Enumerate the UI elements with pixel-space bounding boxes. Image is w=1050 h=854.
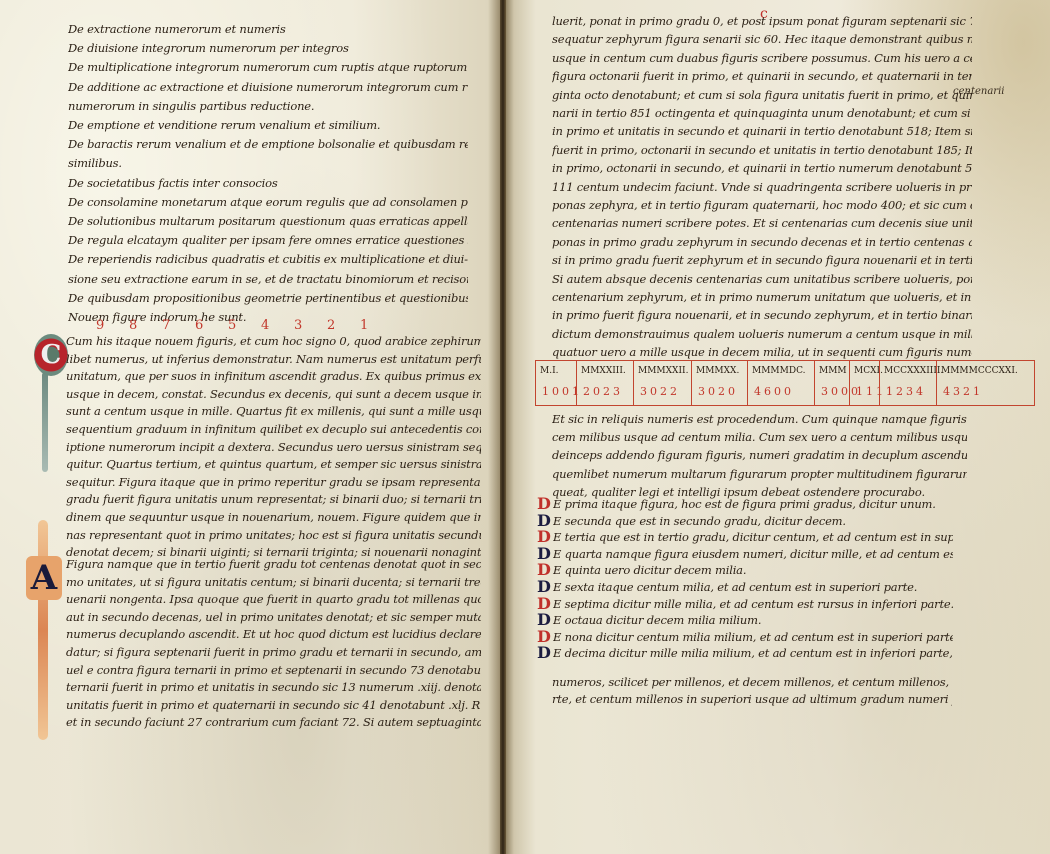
text-line: datur; si figura septenarii fuerit in pr… — [66, 645, 481, 659]
numeral: 3 — [294, 318, 327, 333]
text-line: De solutionibus multarum positarum quest… — [68, 214, 468, 228]
text-line: ginta octo denotabunt; et cum si sola fi… — [552, 88, 972, 102]
roman-numeral: MMMMCCCXXI. — [941, 366, 1018, 376]
text-line: unitatum, que per suos in infinitum asce… — [66, 369, 481, 383]
text-line: 111 centum undecim faciunt. Vnde si quad… — [552, 180, 972, 194]
text-line: nas representant quot in primo unitates;… — [66, 528, 481, 542]
text-line: Si autem absque decenis centenarias cum … — [552, 272, 972, 286]
text-line: iptione numerorum incipit a dextera. Sec… — [66, 440, 481, 454]
list-item: E sexta itaque centum milia, et ad centu… — [553, 580, 953, 594]
text-line: De consolamine monetarum atque eorum reg… — [68, 195, 468, 209]
text-line: usque in decem, constat. Secundus ex dec… — [66, 387, 481, 401]
arabic-numeral: 2023 — [583, 385, 623, 398]
roman-numeral: MMM — [819, 366, 847, 376]
text-line: in primo et unitatis in secundo et quina… — [552, 124, 972, 138]
list-item: E secunda que est in secundo gradu, dici… — [553, 514, 953, 528]
numeral: 5 — [228, 318, 261, 333]
left-page: De extractione numerorum et numerisDe di… — [0, 0, 503, 854]
roman-numeral: M.I. — [540, 366, 559, 376]
text-line: Cum his itaque nouem figuris, et cum hoc… — [66, 334, 481, 348]
table-cell: MCCXXXIIII.1234 — [879, 361, 936, 405]
roman-numeral: MMMXX. — [696, 366, 739, 376]
text-line: cem milibus usque ad centum milia. Cum s… — [552, 430, 967, 444]
table-cell: M.I.1001 — [536, 361, 576, 405]
text-line: quitur. Quartus tertium, et quintus quar… — [66, 457, 481, 471]
roman-numeral: MMXXIII. — [581, 366, 626, 376]
text-line: figura octonarii fuerit in primo, et qui… — [552, 69, 972, 83]
text-line: usque in centum cum duabus figuris scrib… — [552, 51, 972, 65]
text-line: libet numerus, ut inferius demonstratur.… — [66, 352, 481, 366]
text-line: mo unitates, ut si figura unitatis centu… — [66, 575, 481, 589]
text-line: Et sic in reliquis numeris est procedend… — [552, 412, 967, 426]
text-line: De extractione numerorum et numeris — [68, 22, 468, 36]
text-line: similibus. — [68, 156, 468, 170]
text-line: Figura namque que in tertio fuerit gradu… — [66, 557, 481, 571]
text-line: uenarii nongenta. Ipsa quoque que fuerit… — [66, 592, 481, 606]
text-line: numerus decuplando ascendit. Et ut hoc q… — [66, 627, 481, 641]
text-line: De multiplicatione integrorum numerorum … — [68, 60, 468, 74]
table-cell: MMXXIII.2023 — [576, 361, 633, 405]
text-line: luerit, ponat in primo gradu 0, et post … — [552, 14, 972, 28]
list-item: E decima dicitur mille milia milium, et … — [553, 646, 953, 660]
text-line: quemlibet numerum multarum figurarum pro… — [552, 467, 967, 481]
text-line: deinceps addendo figuram figuris, numeri… — [552, 448, 967, 462]
list-item: E tertia que est in tertio gradu, dicitu… — [553, 530, 953, 544]
text-line: dinem que sequuntur usque in nouenarium,… — [66, 510, 481, 524]
table-cell: MMMXX.3020 — [691, 361, 747, 405]
text-line: ponas in primo gradu zephyrum in secundo… — [552, 235, 972, 249]
text-line: rte, et centum millenos in superiori usq… — [552, 692, 952, 706]
text-line: centenarium zephyrum, et in primo numeru… — [552, 290, 972, 304]
text-line: De reperiendis radicibus quadratis et cu… — [68, 252, 468, 266]
list-item: E nona dicitur centum milia milium, et a… — [553, 630, 953, 644]
text-line: ternarii fuerit in primo et unitatis in … — [66, 680, 481, 694]
initial-flourish — [38, 520, 48, 740]
hindu-arabic-numerals-row: 987654321 — [96, 318, 393, 333]
text-line: dictum demonstrauimus qualem uolueris nu… — [552, 327, 972, 341]
book-gutter — [500, 0, 506, 854]
text-line: narii in tertio 851 octingenta et quinqu… — [552, 106, 972, 120]
text-line: in primo, octonarii in secundo, et quina… — [552, 161, 972, 175]
arabic-numeral: 4600 — [754, 385, 794, 398]
numeral: 1 — [360, 318, 393, 333]
text-line: De baractis rerum venalium et de emption… — [68, 137, 468, 151]
list-item: E quinta uero dicitur decem milia. — [553, 563, 953, 577]
numeral-conversion-table: M.I.1001MMXXIII.2023MMMXXII.3022MMMXX.30… — [535, 360, 1035, 406]
arabic-numeral: 4321 — [943, 385, 983, 398]
text-line: De emptione et venditione rerum venalium… — [68, 118, 468, 132]
roman-numeral: MCCXXXIIII. — [884, 366, 943, 376]
text-line: sequitur. Figura itaque que in primo rep… — [66, 475, 481, 489]
arabic-numeral: 3022 — [640, 385, 680, 398]
manuscript-spread: De extractione numerorum et numerisDe di… — [0, 0, 1050, 854]
text-line: De societatibus factis inter consocios — [68, 176, 468, 190]
rubric-initial-d: D — [537, 643, 551, 662]
text-line: De quibusdam propositionibus geometrie p… — [68, 291, 468, 305]
text-line: De diuisione integrorum numerorum per in… — [68, 41, 468, 55]
table-cell: MMMMCCCXXI.4321 — [936, 361, 1036, 405]
numeral: 7 — [162, 318, 195, 333]
table-cell: MMMMDC.4600 — [747, 361, 814, 405]
text-line: unitatis fuerit in primo et quaternarii … — [66, 698, 481, 712]
text-line: si in primo gradu fuerit zephyrum et in … — [552, 253, 972, 267]
numeral: 8 — [129, 318, 162, 333]
numeral: 9 — [96, 318, 129, 333]
roman-numeral: MMMMDC. — [752, 366, 806, 376]
text-line: sequentium graduum in infinitum quilibet… — [66, 422, 481, 436]
text-line: in primo fuerit figura nouenarii, et in … — [552, 308, 972, 322]
illuminated-initial-a: A — [26, 556, 62, 600]
table-cell: MMM3000 — [814, 361, 849, 405]
arabic-numeral: 3020 — [698, 385, 738, 398]
arabic-numeral: 1234 — [886, 385, 926, 398]
text-line: et in secundo faciunt 27 contrarium cum … — [66, 715, 481, 729]
text-line: quatuor uero a mille usque in decem mili… — [552, 345, 972, 359]
text-line: aut in secundo decenas, uel in primo uni… — [66, 610, 481, 624]
list-item: E septima dicitur mille milia, et ad cen… — [553, 597, 953, 611]
roman-numeral: MMMXXII. — [638, 366, 688, 376]
text-line: ponas zephyra, et in tertio figuram quat… — [552, 198, 972, 212]
numeral: 4 — [261, 318, 294, 333]
initial-flourish — [42, 372, 48, 472]
text-line: De regula elcataym qualiter per ipsam fe… — [68, 233, 468, 247]
text-line: uel e contra figura ternarii in primo et… — [66, 663, 481, 677]
numeral: 2 — [327, 318, 360, 333]
text-line: sione seu extractione earum in se, et de… — [68, 272, 468, 286]
text-line: fuerit in primo, octonarii in secundo et… — [552, 143, 972, 157]
text-line: De additione ac extractione et diuisione… — [68, 80, 468, 94]
text-line: numerorum in singulis partibus reduction… — [68, 99, 468, 113]
illuminated-initial-c: C — [34, 334, 68, 376]
numeral: 6 — [195, 318, 228, 333]
text-line: sequatur zephyrum figura senarii sic 60.… — [552, 32, 972, 46]
list-item: E quarta namque figura eiusdem numeri, d… — [553, 547, 953, 561]
table-cell: MCXI.1111 — [849, 361, 879, 405]
text-line: numeros, scilicet per millenos, et decem… — [552, 675, 952, 689]
text-line: sunt a centum usque in mille. Quartus fi… — [66, 404, 481, 418]
text-line: centenarias numeri scribere potes. Et si… — [552, 216, 972, 230]
list-item: E prima itaque figura, hoc est de figura… — [553, 497, 953, 511]
table-cell: MMMXXII.3022 — [633, 361, 691, 405]
list-item: E octaua dicitur decem milia milium. — [553, 613, 953, 627]
text-line: gradu fuerit figura unitatis unum repres… — [66, 492, 481, 506]
